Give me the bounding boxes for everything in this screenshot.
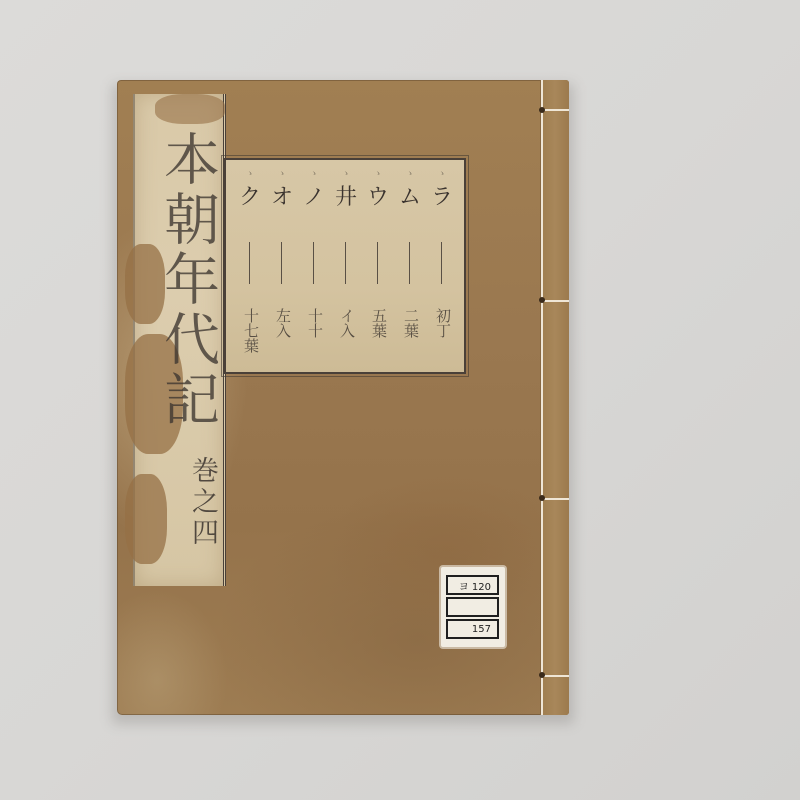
- stitch: [541, 300, 569, 302]
- furigana: ゝ: [362, 168, 394, 179]
- stitch-hole: [539, 495, 545, 501]
- contents-column: ゝ 井 イ入: [330, 160, 362, 372]
- leaf-number: 五葉: [366, 308, 390, 338]
- furigana: ゝ: [266, 168, 298, 179]
- leaf-number: 左入: [270, 308, 294, 338]
- wear-stain: [125, 474, 167, 564]
- call-number-row-3: 157: [446, 619, 499, 639]
- section-kana: ウ: [362, 180, 394, 211]
- furigana: ゝ: [426, 168, 458, 179]
- leaf-number: 十十: [302, 308, 326, 338]
- furigana: ゝ: [234, 168, 266, 179]
- contents-column: ゝ ム 二葉: [394, 160, 426, 372]
- section-kana: オ: [266, 180, 298, 211]
- contents-column: ゝ オ 左入: [266, 160, 298, 372]
- contents-column: ゝ ク 十七葉: [234, 160, 266, 372]
- book-cover: 本朝年代記 巻之四 ゝ ラ 初丁 ゝ ム 二葉 ゝ ウ 五葉 ゝ 井 イ入: [117, 80, 569, 715]
- stitch: [541, 498, 569, 500]
- call-number-row-1: ヨ 120: [446, 575, 499, 595]
- leaf-number: 十七葉: [238, 308, 262, 353]
- volume-number: 巻之四: [183, 456, 222, 549]
- stitch-hole: [539, 107, 545, 113]
- section-kana: ク: [234, 180, 266, 211]
- section-kana: 井: [330, 180, 362, 211]
- leaf-number: イ入: [334, 308, 358, 338]
- stitch-hole: [539, 672, 545, 678]
- contents-label: ゝ ラ 初丁 ゝ ム 二葉 ゝ ウ 五葉 ゝ 井 イ入 ゝ ノ 十十: [224, 158, 466, 374]
- contents-column: ゝ ウ 五葉: [362, 160, 394, 372]
- wear-stain: [155, 94, 225, 124]
- stitch-hole: [539, 297, 545, 303]
- furigana: ゝ: [298, 168, 330, 179]
- stitch: [541, 675, 569, 677]
- furigana: ゝ: [330, 168, 362, 179]
- book-title: 本朝年代記: [157, 130, 217, 430]
- furigana: ゝ: [394, 168, 426, 179]
- section-kana: ム: [394, 180, 426, 211]
- leaf-number: 初丁: [430, 308, 454, 338]
- binding-margin: [540, 80, 569, 715]
- section-kana: ノ: [298, 180, 330, 211]
- stitch: [541, 109, 569, 111]
- binding-thread: [541, 80, 543, 715]
- leader-line: [281, 242, 282, 284]
- leader-line: [377, 242, 378, 284]
- call-number-row-2: [446, 597, 499, 617]
- leader-line: [409, 242, 410, 284]
- contents-column: ゝ ラ 初丁: [426, 160, 458, 372]
- library-call-number-label: ヨ 120 157: [441, 567, 505, 647]
- title-slip: 本朝年代記 巻之四: [133, 94, 226, 586]
- contents-column: ゝ ノ 十十: [298, 160, 330, 372]
- leader-line: [313, 242, 314, 284]
- section-kana: ラ: [426, 180, 458, 211]
- leader-line: [249, 242, 250, 284]
- leaf-number: 二葉: [398, 308, 422, 338]
- leader-line: [345, 242, 346, 284]
- leader-line: [441, 242, 442, 284]
